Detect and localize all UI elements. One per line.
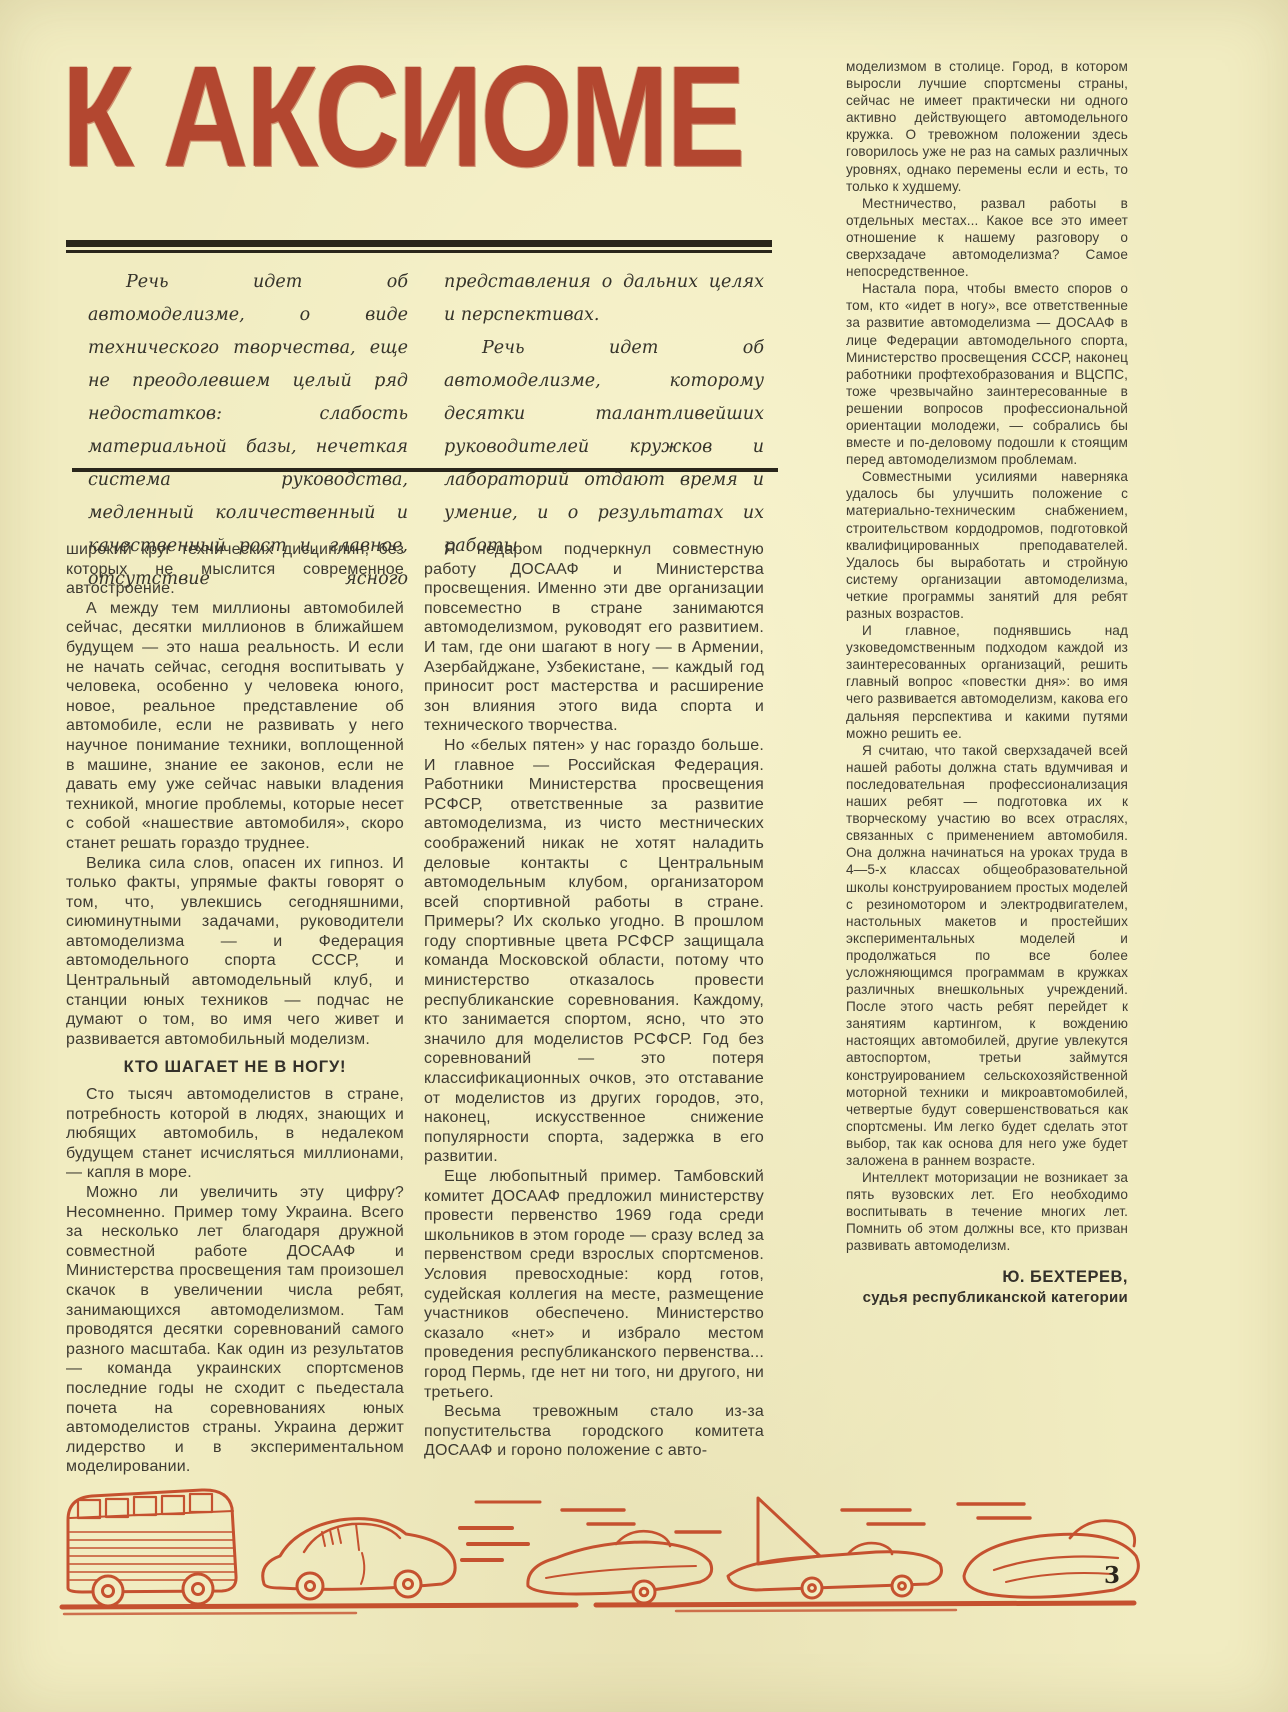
body-column-1: широкий круг технических дисциплин, без …	[66, 540, 404, 1477]
paragraph: Весьма тревожным стало из-за попуститель…	[424, 1402, 764, 1461]
paragraph: Интеллект моторизации не возникает за пя…	[846, 1169, 1128, 1254]
sedan-car-icon	[263, 1519, 455, 1599]
speed-lines	[460, 1502, 540, 1560]
paragraph: Сто тысяч автомоделистов в стране, потре…	[66, 1085, 404, 1183]
thin-rule-divider	[72, 468, 778, 472]
paragraph: моделизмом в столице. Город, в котором в…	[846, 58, 1128, 195]
ground-line	[62, 1603, 1134, 1614]
page-title: К АКСИОМЕ	[62, 34, 743, 200]
streamliner-car-icon	[528, 1510, 712, 1603]
paragraph: Можно ли увеличить эту цифру? Несомненно…	[66, 1183, 404, 1477]
paragraph: Я считаю, что такой сверхзадачей всей на…	[846, 742, 1128, 1169]
body-column-2: Я недаром подчеркнул совместную работу Д…	[424, 540, 764, 1461]
vehicles-illustration	[56, 1458, 1141, 1633]
page-number: 3	[1104, 1562, 1120, 1589]
paragraph: Настала пора, чтобы вместо споров о том,…	[846, 280, 1128, 468]
paragraph: Я недаром подчеркнул совместную работу Д…	[424, 540, 764, 736]
paragraph: И главное, поднявшись над узковедомствен…	[846, 622, 1128, 742]
magazine-page: К АКСИОМЕ Речь идет об автомоделизме, о …	[0, 0, 1288, 1712]
section-subhead: КТО ШАГАЕТ НЕ В НОГУ!	[66, 1058, 404, 1078]
author-name: Ю. БЕХТЕРЕВ,	[846, 1269, 1128, 1286]
author-role: судья республиканской категории	[846, 1289, 1128, 1306]
paragraph: Но «белых пятен» у нас гораздо больше. И…	[424, 736, 764, 1167]
bus-icon	[68, 1490, 236, 1606]
paragraph: Местничество, развал работы в отдельных …	[846, 195, 1128, 280]
body-column-3: моделизмом в столице. Город, в котором в…	[846, 58, 1128, 1306]
intro-paragraph: Речь идет об автомоделизме, которому дес…	[444, 332, 764, 563]
paragraph: широкий круг технических дисциплин, без …	[66, 540, 404, 599]
paragraph: Совместными усилиями наверняка удалось б…	[846, 468, 1128, 622]
paragraph: А между тем миллионы автомобилей сейчас,…	[66, 599, 404, 854]
double-rule-divider	[66, 240, 772, 253]
paragraph: Еще любопытный пример. Тамбовский комите…	[424, 1167, 764, 1402]
paragraph: Велика сила слов, опасен их гипноз. И то…	[66, 854, 404, 1050]
article-signature: Ю. БЕХТЕРЕВ, судья республиканской катег…	[846, 1269, 1128, 1306]
finned-record-car-icon	[676, 1498, 942, 1598]
